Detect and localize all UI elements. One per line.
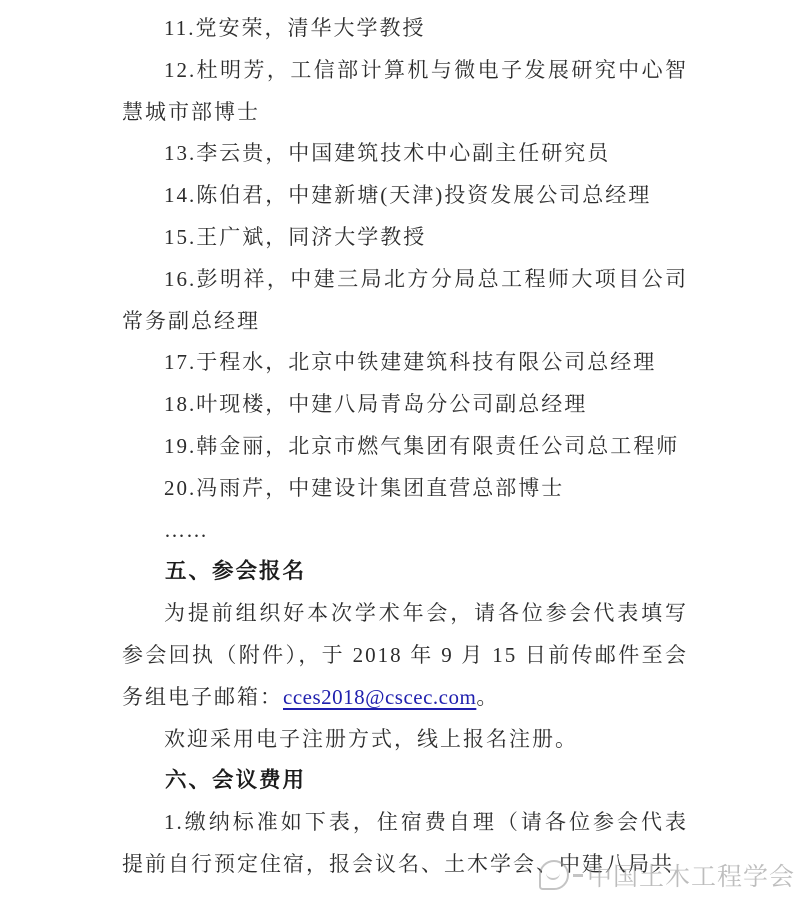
document-body: 11.党安荣，清华大学教授 12.杜明芳，工信部计算机与微电子发展研究中心智慧城… (122, 8, 688, 886)
ellipsis-line: …… (122, 510, 688, 552)
list-item-17: 17.于程水，北京中铁建建筑科技有限公司总经理 (122, 342, 688, 384)
email-link[interactable]: cces2018@cscec.com (283, 685, 476, 709)
registration-paragraph: 为提前组织好本次学术年会，请各位参会代表填写参会回执（附件），于 2018 年 … (122, 593, 688, 718)
section-heading-registration: 五、参会报名 (122, 551, 688, 593)
list-item-14: 14.陈伯君，中建新塘(天津)投资发展公司总经理 (122, 175, 688, 217)
list-item-18: 18.叶现楼，中建八局青岛分公司副总经理 (122, 384, 688, 426)
section-heading-fees: 六、会议费用 (122, 760, 688, 802)
list-item-19: 19.韩金丽，北京市燃气集团有限责任公司总工程师 (122, 426, 688, 468)
list-item-11: 11.党安荣，清华大学教授 (122, 8, 688, 50)
list-item-12: 12.杜明芳，工信部计算机与微电子发展研究中心智慧城市部博士 (122, 50, 688, 134)
list-item-15: 15.王广斌，同济大学教授 (122, 217, 688, 259)
list-item-16: 16.彭明祥，中建三局北方分局总工程师大项目公司常务副总经理 (122, 259, 688, 343)
online-registration-paragraph: 欢迎采用电子注册方式，线上报名注册。 (122, 719, 688, 761)
list-item-20: 20.冯雨芹，中建设计集团直营总部博士 (122, 468, 688, 510)
registration-text-end: 。 (476, 685, 499, 709)
list-item-13: 13.李云贵，中国建筑技术中心副主任研究员 (122, 133, 688, 175)
fees-paragraph: 1.缴纳标准如下表，住宿费自理（请各位参会代表提前自行预定住宿，报会议名、土木学… (122, 802, 688, 886)
